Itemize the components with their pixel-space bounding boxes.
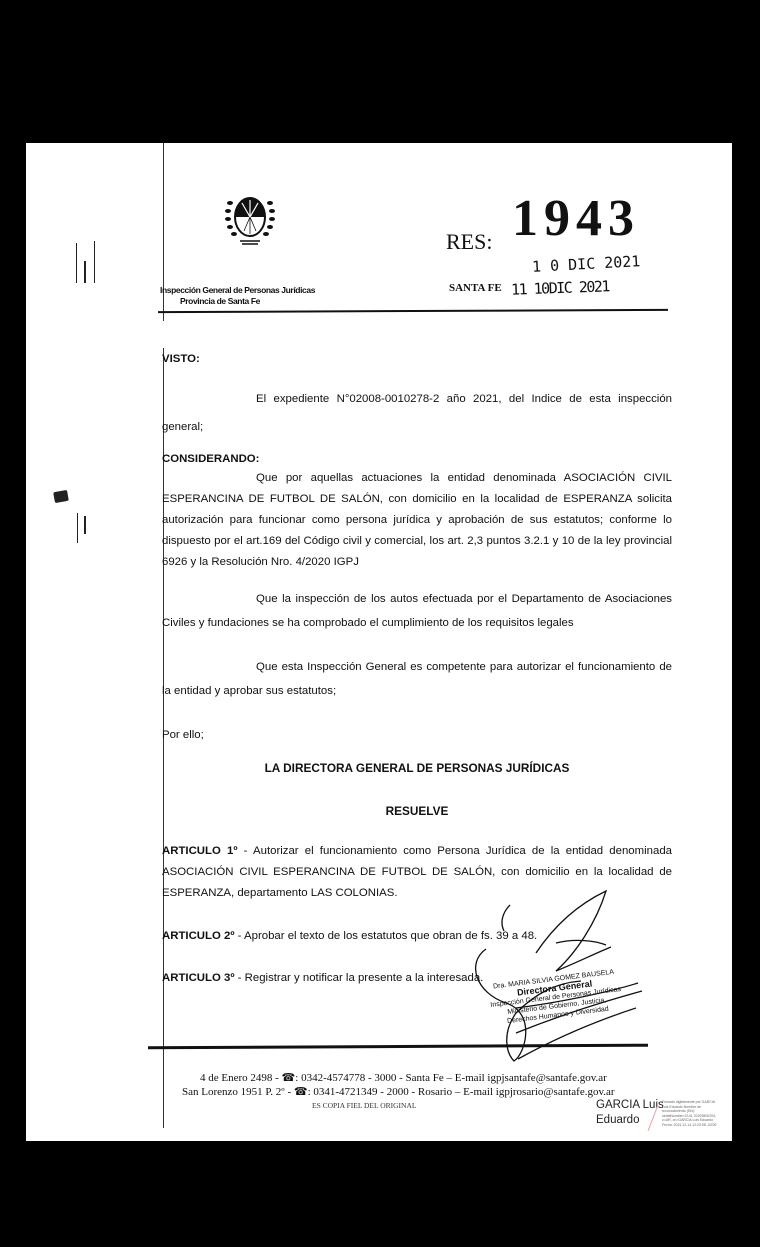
city-label: SANTA FE — [449, 282, 502, 294]
document-page: Inspección General de Personas Jurídicas… — [26, 143, 732, 1141]
visto-text: El expediente N°02008-0010278-2 año 2021… — [162, 385, 672, 441]
visto-heading: VISTO: — [162, 349, 672, 369]
coat-of-arms-icon — [222, 187, 278, 251]
authority-heading: LA DIRECTORA GENERAL DE PERSONAS JURÍDIC… — [162, 761, 672, 775]
scan-mark — [84, 261, 86, 283]
date-stamp: 1 0 DIC 2021 — [532, 252, 641, 276]
scan-mark — [94, 241, 95, 283]
organization-province: Provincia de Santa Fe — [160, 296, 315, 307]
article-2-label: ARTICULO 2º — [162, 930, 235, 942]
resuelve-heading: RESUELVE — [162, 804, 672, 818]
digital-signature-metadata: Firmado digitalmente por GARCIA Luis Edu… — [662, 1100, 722, 1127]
header-divider — [158, 309, 668, 313]
considerando-paragraph-2: Que la inspección de los autos efectuada… — [162, 587, 672, 635]
digital-signature-mark-icon — [646, 1103, 660, 1133]
organization-name: Inspección General de Personas Jurídicas — [160, 285, 315, 296]
article-1-label: ARTICULO 1º — [162, 845, 238, 857]
considerando-heading: CONSIDERANDO: — [162, 449, 672, 469]
considerando-paragraph-3: Que esta Inspección General es competent… — [162, 655, 672, 703]
date-stamp-overprint: 11 10DIC 2021 — [511, 277, 609, 298]
scan-mark — [53, 490, 69, 503]
issuing-organization: Inspección General de Personas Jurídicas… — [160, 285, 315, 307]
scan-mark — [84, 516, 86, 534]
footer-address-santafe: 4 de Enero 2498 - ☎: 0342-4574778 - 3000… — [200, 1071, 720, 1086]
closing-phrase: Por ello; — [162, 725, 672, 745]
scan-mark — [76, 243, 77, 283]
scan-mark — [77, 513, 78, 543]
considerando-paragraph-1: Que por aquellas actuaciones la entidad … — [162, 468, 672, 573]
copy-note: ES COPIA FIEL DEL ORIGINAL — [312, 1101, 416, 1110]
resolution-number: 1943 — [512, 189, 640, 248]
resolution-label: RES: — [446, 229, 492, 255]
article-3-label: ARTICULO 3º — [162, 972, 235, 984]
